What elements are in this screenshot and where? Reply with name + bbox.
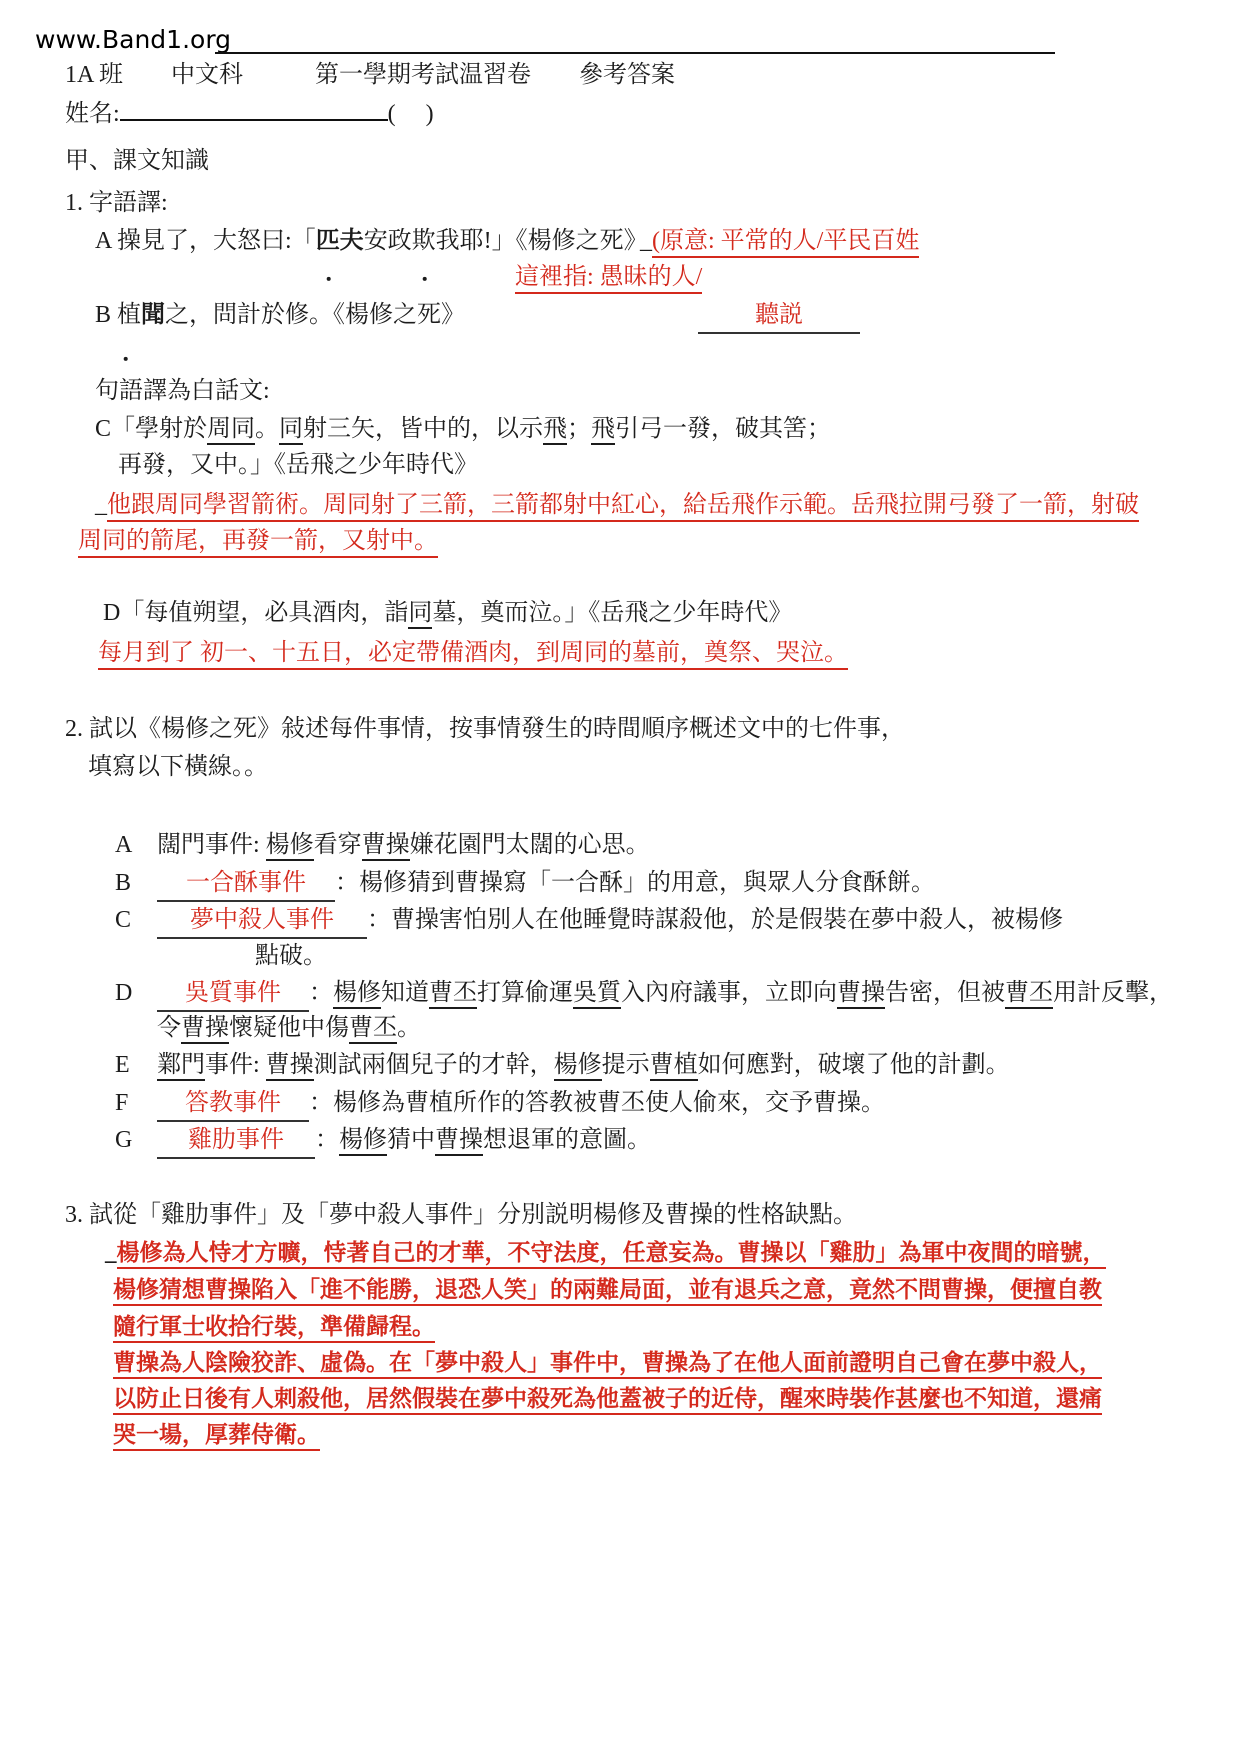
q1-answer-a-line1: _(原意: 平常的人/平民百姓 [640, 226, 919, 257]
q1-item-a: A 操見了，大怒曰:「匹夫安政欺我耶!」《楊修之死》 [95, 226, 648, 257]
item-text: ：曹操害怕別人在他睡覺時謀殺他，於是假裝在夢中殺人，被楊修 [367, 907, 1063, 933]
q1-heading: 1. 字語譯: [65, 188, 168, 219]
item-answer-label: 答教事件 [185, 1090, 281, 1116]
item-text: 鄴門事件: 曹操測試兩個兒子的才幹，楊修提示曹植如何應對，破壞了他的計劃。 [157, 1052, 1010, 1081]
item-letter: D [115, 978, 157, 1009]
q3-answer-line-2: 楊修猜想曹操陷入「進不能勝，退恐人笑」的兩難局面，並有退兵之意，竟然不問曹操，便… [113, 1275, 1102, 1305]
q2-item-f: F答教事件：楊修為曹植所作的答教被曹丕使人偷來，交予曹操。 [115, 1088, 885, 1122]
item-letter: E [115, 1050, 157, 1081]
item-blank: 吳質事件 [157, 978, 309, 1012]
item-text: ：楊修為曹植所作的答教被曹丕使人偷來，交予曹操。 [309, 1090, 885, 1116]
item-letter: F [115, 1088, 157, 1119]
q2-item-a: A闊門事件: 楊修看穿曹操嫌花園門太闊的心思。 [115, 830, 650, 861]
item-text: 闊門事件: 楊修看穿曹操嫌花園門太闊的心思。 [157, 832, 650, 861]
q2-item-c: C夢中殺人事件：曹操害怕別人在他睡覺時謀殺他，於是假裝在夢中殺人，被楊修 [115, 905, 1063, 939]
item-blank: 答教事件 [157, 1088, 309, 1122]
item-text: ：楊修猜到曹操寫「一合酥」的用意，與眾人分食酥餅。 [335, 870, 935, 896]
emphasis-dots-a: ． ． [325, 258, 475, 289]
site-url: www.Band1.org [35, 24, 231, 57]
q1-answer-d: 每月到了 初一、十五日，必定帶備酒肉，到周同的墓前，奠祭、哭泣。 [98, 638, 848, 669]
q1-answer-c-line1: _他跟周同學習箭術。周同射了三箭，三箭都射中紅心，給岳飛作示範。岳飛拉開弓發了一… [95, 490, 1139, 521]
item-text: ：楊修知道曹丕打算偷運吳質入內府議事，立即向曹操告密，但被曹丕用計反擊， [309, 980, 1173, 1009]
item-answer-label: 雞肋事件 [188, 1127, 284, 1153]
q3-answer-line-1: _楊修為人恃才方曠，恃著自己的才華，不守法度，任意妄為。曹操以「雞肋」為軍中夜間… [105, 1238, 1106, 1268]
q1-answer-b: 聽説 [755, 302, 803, 328]
item-letter: C [115, 905, 157, 936]
q1-item-b: B 植聞之，問計於修。《楊修之死》 [95, 300, 465, 331]
q1-item-c-line2: 再發，又中。」《岳飛之少年時代》 [118, 450, 478, 481]
q3-answer-line-3: 隨行軍士收拾行裝，準備歸程。 [113, 1312, 435, 1342]
exam-title: 1A 班 中文科 第一學期考試温習卷 參考答案 [65, 60, 675, 91]
item-letter: B [115, 868, 157, 899]
q2-item-b: B一合酥事件：楊修猜到曹操寫「一合酥」的用意，與眾人分食酥餅。 [115, 868, 935, 902]
emphasis-dot-b: ． [122, 338, 176, 369]
q1-item-d: D「每值朔望，必具酒肉，詣同墓，奠而泣。」《岳飛之少年時代》 [103, 598, 792, 629]
exam-answer-sheet: www.Band1.org 1A 班 中文科 第一學期考試温習卷 參考答案 姓名… [0, 0, 1240, 1754]
q1-answer-b-blank: 聽説 [698, 300, 860, 334]
item-blank: 夢中殺人事件 [157, 905, 367, 939]
q1-subheading: 句語譯為白話文: [95, 376, 270, 407]
name-blank-line [120, 99, 388, 121]
item-blank: 一合酥事件 [157, 868, 335, 902]
q3-heading: 3. 試從「雞肋事件」及「夢中殺人事件」分別説明楊修及曹操的性格缺點。 [65, 1200, 857, 1231]
name-label: 姓名: [65, 101, 120, 127]
item-answer-label: 吳質事件 [185, 980, 281, 1006]
item-answer-label: 一合酥事件 [186, 870, 306, 896]
q1-item-c-line1: C「學射於周同。同射三矢，皆中的，以示飛；飛引弓一發，破其筈； [95, 414, 831, 445]
q1-answer-a-line2: 這裡指: 愚昧的人/ [515, 262, 702, 293]
q2-item-e: E鄴門事件: 曹操測試兩個兒子的才幹，楊修提示曹植如何應對，破壞了他的計劃。 [115, 1050, 1010, 1081]
section-heading: 甲、課文知識 [65, 146, 209, 177]
q2-item-d: D吳質事件：楊修知道曹丕打算偷運吳質入內府議事，立即向曹操告密，但被曹丕用計反擊… [115, 978, 1173, 1012]
item-answer-label: 夢中殺人事件 [190, 907, 334, 933]
item-text: ：楊修猜中曹操想退軍的意圖。 [315, 1127, 651, 1156]
q2-item-c-cont: 點破。 [255, 941, 327, 972]
q2-item-d-cont: 令曹操懷疑他中傷曹丕。 [157, 1013, 421, 1044]
q2-heading-line1: 2. 試以《楊修之死》敍述每件事情，按事情發生的時間順序概述文中的七件事， [65, 714, 905, 745]
q3-answer-line-5: 以防止日後有人刺殺他，居然假裝在夢中殺死為他蓋被子的近侍，醒來時裝作甚麼也不知道… [113, 1384, 1102, 1414]
q3-answer-line-6: 哭一場，厚葬侍衛。 [113, 1420, 320, 1450]
q1-answer-c-line2: 周同的箭尾，再發一箭，又射中。 [78, 526, 438, 557]
item-blank: 雞肋事件 [157, 1125, 315, 1159]
class-number-paren: ( ) [388, 101, 434, 127]
header-rule [215, 52, 1055, 54]
name-row: 姓名:( ) [65, 99, 434, 130]
q2-item-g: G雞肋事件：楊修猜中曹操想退軍的意圖。 [115, 1125, 651, 1159]
q3-answer-line-4: 曹操為人陰險狡詐、虛偽。在「夢中殺人」事件中，曹操為了在他人面前證明自己會在夢中… [113, 1348, 1102, 1378]
q2-heading-line2: 填寫以下橫線。。 [88, 752, 268, 783]
item-letter: A [115, 830, 157, 861]
item-letter: G [115, 1125, 157, 1156]
